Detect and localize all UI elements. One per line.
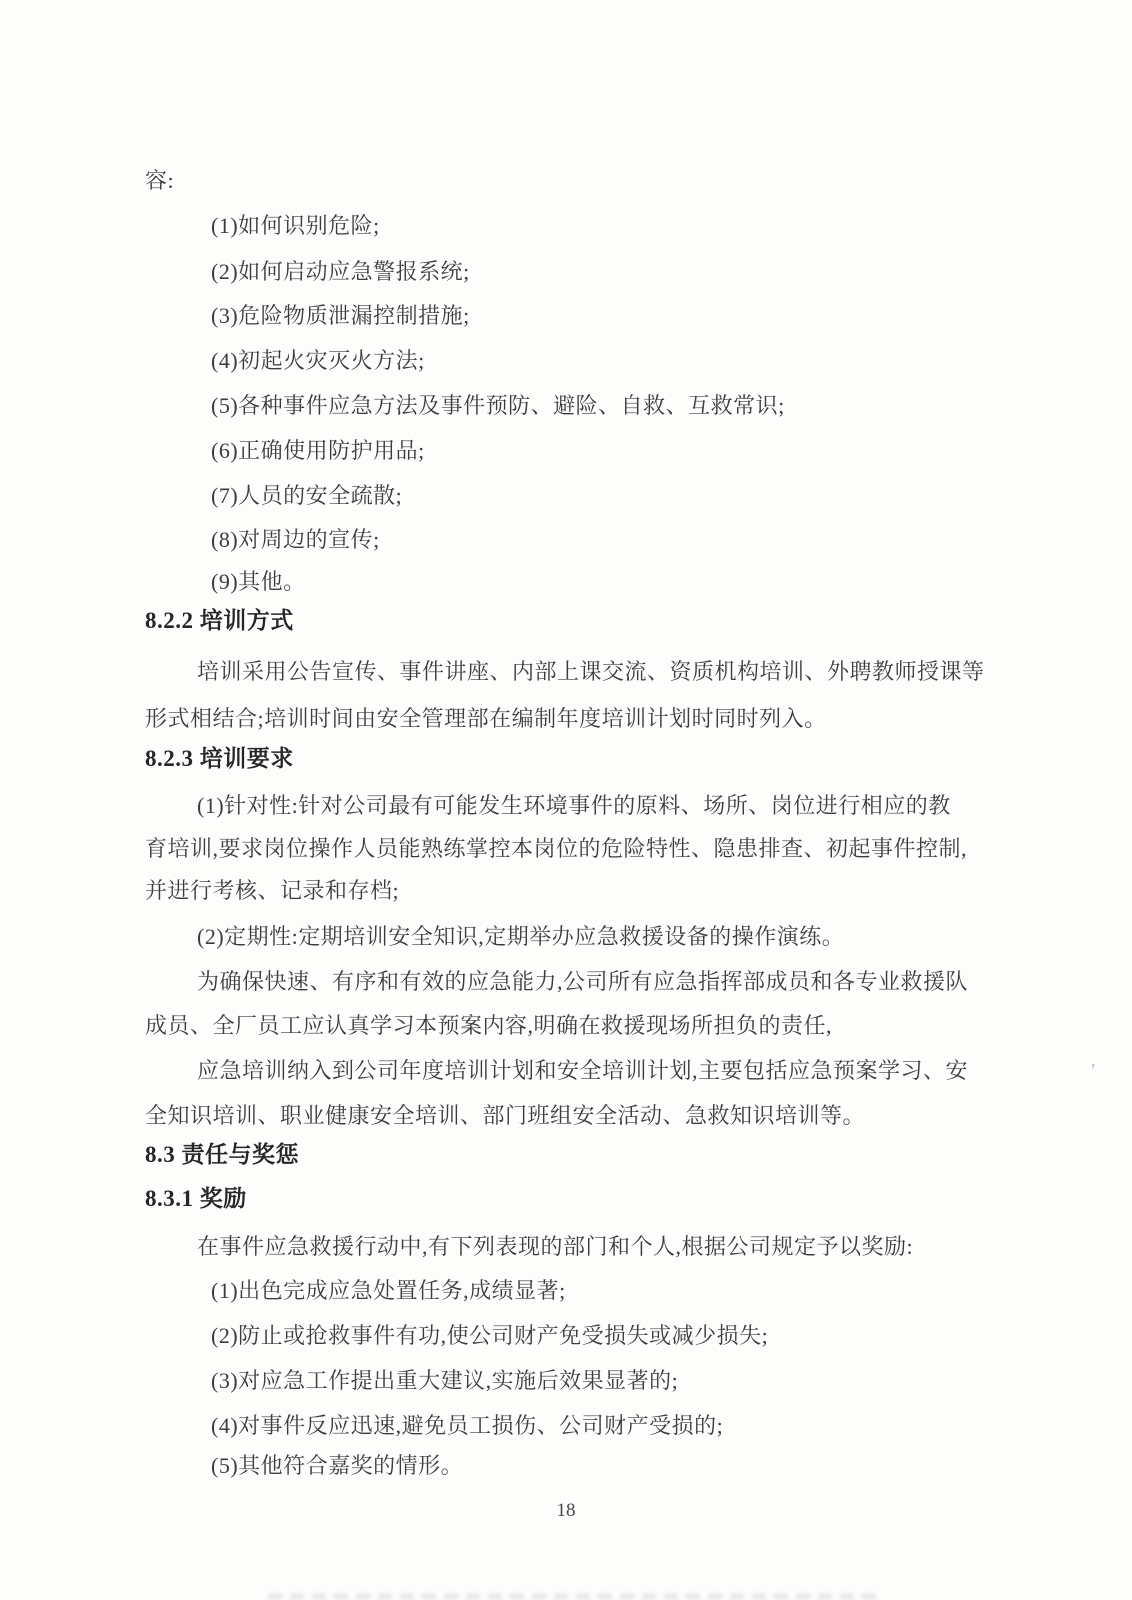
list-item: (4)初起火灾灭火方法; xyxy=(211,346,425,376)
paragraph-line: 全知识培训、职业健康安全培训、部门班组安全活动、急救知识培训等。 xyxy=(145,1101,865,1131)
section-heading-83: 8.3 责任与奖惩 xyxy=(145,1140,299,1170)
list-item: (5)其他符合嘉奖的情形。 xyxy=(211,1451,463,1481)
paragraph-line: 在事件应急救援行动中,有下列表现的部门和个人,根据公司规定予以奖励: xyxy=(197,1232,913,1262)
document-page: 容: (1)如何识别危险; (2)如何启动应急警报系统; (3)危险物质泄漏控制… xyxy=(0,0,1132,1600)
list-item: (8)对周边的宣传; xyxy=(211,525,380,555)
list-item: (7)人员的安全疏散; xyxy=(211,481,402,511)
scan-artifact-mark: ’ xyxy=(1090,1060,1096,1081)
paragraph-line: 育培训,要求岗位操作人员能熟练掌控本岗位的危险特性、隐患排查、初起事件控制, xyxy=(145,834,967,864)
paragraph-line: 形式相结合;培训时间由安全管理部在编制年度培训计划时同时列入。 xyxy=(145,704,827,734)
list-item: (3)对应急工作提出重大建议,实施后效果显著的; xyxy=(211,1366,678,1396)
paragraph-line: 应急培训纳入到公司年度培训计划和安全培训计划,主要包括应急预案学习、安 xyxy=(197,1056,968,1086)
paragraph-line: (2)定期性:定期培训安全知识,定期举办应急救援设备的操作演练。 xyxy=(197,922,844,952)
list-item: (3)危险物质泄漏控制措施; xyxy=(211,301,470,331)
paragraph-line: 培训采用公告宣传、事件讲座、内部上课交流、资质机构培训、外聘教师授课等 xyxy=(197,657,985,687)
list-item: (2)如何启动应急警报系统; xyxy=(211,257,470,287)
list-item: (2)防止或抢救事件有功,使公司财产免受损失或减少损失; xyxy=(211,1321,768,1351)
list-item: (5)各种事件应急方法及事件预防、避险、自救、互救常识; xyxy=(211,391,785,421)
section-heading-831: 8.3.1 奖励 xyxy=(145,1184,247,1214)
page-number: 18 xyxy=(0,1500,1132,1522)
paragraph-line: 为确保快速、有序和有效的应急能力,公司所有应急指挥部成员和各专业救援队 xyxy=(197,967,968,997)
scan-artifact-bleed xyxy=(268,1593,878,1600)
list-item: (1)如何识别危险; xyxy=(211,211,380,241)
section-heading-822: 8.2.2 培训方式 xyxy=(145,606,294,636)
list-item: (6)正确使用防护用品; xyxy=(211,436,425,466)
paragraph-line: 并进行考核、记录和存档; xyxy=(145,876,399,906)
paragraph-line: (1)针对性:针对公司最有可能发生环境事件的原料、场所、岗位进行相应的教 xyxy=(197,791,951,821)
section-heading-823: 8.2.3 培训要求 xyxy=(145,744,294,774)
list-item: (1)出色完成应急处置任务,成绩显著; xyxy=(211,1276,566,1306)
list-item: (9)其他。 xyxy=(211,567,306,597)
continuation-text: 容: xyxy=(145,166,174,196)
list-item: (4)对事件反应迅速,避免员工损伤、公司财产受损的; xyxy=(211,1411,723,1441)
paragraph-line: 成员、全厂员工应认真学习本预案内容,明确在救援现场所担负的责任, xyxy=(145,1011,832,1041)
